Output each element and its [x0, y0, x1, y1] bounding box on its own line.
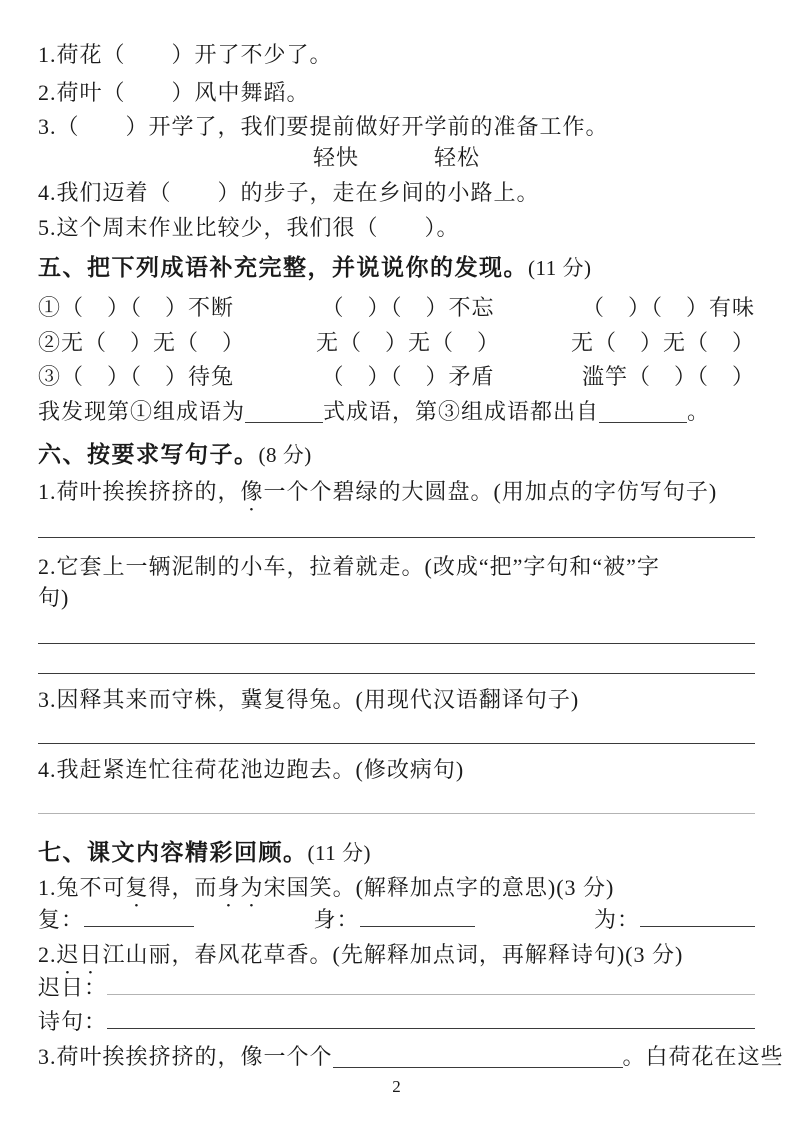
answer-group: 为： [594, 903, 755, 937]
s6-question-4: 4.我赶紧连忙往荷花池边跑去。(修改病句) [38, 753, 755, 787]
section7-heading: 七、课文内容精彩回顾。(11 分) [38, 835, 755, 869]
s7-q1-text: 得，而 [149, 875, 218, 900]
s7-q1-text: 宋国笑。(解释加点字的意思)(3 分) [264, 875, 615, 900]
discovery-text-1: 我发现第①组成语为 [38, 399, 245, 424]
section7-title: 七、课文内容精彩回顾。 [38, 839, 308, 865]
section6-title: 六、按要求写句子。 [38, 441, 259, 467]
section5-title: 五、把下列成语补充完整，并说说你的发现。 [38, 254, 528, 280]
answer-blank [107, 992, 755, 995]
idiom-row-3: ③（ ）（ ）待兔 （ ）（ ）矛盾 滥竽（ ）（ ） [38, 360, 755, 394]
idiom-group: （ ）（ ）矛盾 [321, 360, 494, 394]
s6-q1-dotted-char: 像 [241, 479, 264, 504]
s7-q2-dotted-chars: 迟日 [57, 942, 103, 967]
s6-question-2-line-2: 句) [38, 581, 755, 615]
answer-label: 复： [38, 903, 84, 937]
s6-q1-text: 1.荷叶挨挨挤挤的， [38, 479, 241, 504]
answer-blank [107, 1026, 755, 1029]
answer-label: 诗句： [38, 1005, 107, 1039]
section6-heading: 六、按要求写句子。(8 分) [38, 437, 755, 471]
idiom-group: ②无（ ）无（ ） [38, 326, 245, 360]
answer-line-1 [38, 537, 755, 538]
page-number: 2 [0, 1072, 793, 1102]
answer-line-2 [38, 643, 755, 644]
answer-label: 为： [594, 903, 640, 937]
fill-item-2: 2.荷叶（ ）风中舞蹈。 [38, 76, 755, 110]
answer-blank [360, 924, 475, 927]
section6-points: (8 分) [259, 443, 312, 467]
idiom-row-1: ①（ ）（ ）不断 （ ）（ ）不忘 （ ）（ ）有味 [38, 291, 755, 325]
word-bank: 轻快 轻松 [38, 141, 755, 175]
s7-q3-text: 。白荷花在这些 [623, 1044, 784, 1069]
answer-group: 复： [38, 903, 194, 937]
fill-item-1: 1.荷花（ ）开了不少了。 [38, 38, 755, 72]
s7-question-3: 3.荷叶挨挨挤挤的，像一个个。白荷花在这些 [38, 1040, 755, 1074]
discovery-text-3: 。 [687, 399, 710, 424]
word-bank-item-2: 轻松 [434, 141, 480, 175]
fill-item-5: 5.这个周末作业比较少，我们很（ ）。 [38, 211, 755, 245]
discovery-text-2: 式成语，第③组成语都出自 [323, 399, 599, 424]
answer-line-3 [38, 673, 755, 674]
discovery-line: 我发现第①组成语为式成语，第③组成语都出自。 [38, 395, 755, 429]
s7-question-1: 1.兔不可复得，而身为宋国笑。(解释加点字的意思)(3 分) [38, 871, 755, 905]
idiom-group: （ ）（ ）不忘 [321, 291, 494, 325]
idiom-group: 滥竽（ ）（ ） [582, 360, 755, 394]
answer-line-4 [38, 743, 755, 744]
answer-blank [640, 924, 755, 927]
idiom-row-2: ②无（ ）无（ ） 无（ ）无（ ） 无（ ）无（ ） [38, 326, 755, 360]
fill-item-3: 3.（ ）开学了，我们要提前做好开学前的准备工作。 [38, 110, 755, 144]
s7-q3-text: 3.荷叶挨挨挤挤的，像一个个 [38, 1044, 333, 1069]
idiom-group: ③（ ）（ ）待兔 [38, 360, 234, 394]
section5-heading: 五、把下列成语补充完整，并说说你的发现。(11 分) [38, 250, 755, 284]
s6-question-2-line-1: 2.它套上一辆泥制的小车，拉着就走。(改成“把”字句和“被”字 [38, 550, 755, 584]
answer-group: 身： [313, 903, 474, 937]
word-bank-item-1: 轻快 [313, 141, 359, 175]
section7-points: (11 分) [308, 841, 371, 865]
s7-q1-text: 1.兔不可 [38, 875, 126, 900]
s7-q2-answer-2: 诗句： [38, 1005, 755, 1039]
s7-q2-text: 2. [38, 942, 57, 967]
inline-blank [245, 420, 323, 423]
answer-blank [84, 924, 194, 927]
idiom-group: 无（ ）无（ ） [571, 326, 755, 360]
s6-question-1: 1.荷叶挨挨挤挤的，像一个个碧绿的大圆盘。(用加点的字仿写句子) [38, 475, 755, 509]
idiom-group: 无（ ）无（ ） [316, 326, 500, 360]
s7-q1-answers: 复： 身： 为： [38, 903, 755, 937]
s6-question-3: 3.因释其来而守株，冀复得兔。(用现代汉语翻译句子) [38, 683, 755, 717]
fill-item-4: 4.我们迈着（ ）的步子，走在乡间的小路上。 [38, 176, 755, 210]
section5-points: (11 分) [528, 256, 591, 280]
inline-blank [599, 420, 687, 423]
s7-question-2: 2.迟日江山丽，春风花草香。(先解释加点词，再解释诗句)(3 分) [38, 938, 755, 972]
inline-blank [333, 1065, 623, 1068]
s7-q2-text: 江山丽，春风花草香。(先解释加点词，再解释诗句)(3 分) [103, 942, 684, 967]
s7-q1-dotted-char: 复 [126, 875, 149, 900]
answer-line-5 [38, 813, 755, 814]
s6-q1-text: 一个个碧绿的大圆盘。(用加点的字仿写句子) [264, 479, 718, 504]
answer-label: 迟日： [38, 971, 107, 1005]
idiom-group: ①（ ）（ ）不断 [38, 291, 234, 325]
answer-label: 身： [313, 903, 359, 937]
s7-q2-answer-1: 迟日： [38, 971, 755, 1005]
idiom-group: （ ）（ ）有味 [582, 291, 755, 325]
s7-q1-dotted-chars: 身为 [218, 875, 264, 900]
exam-page: 1.荷花（ ）开了不少了。 2.荷叶（ ）风中舞蹈。 3.（ ）开学了，我们要提… [0, 0, 793, 1122]
